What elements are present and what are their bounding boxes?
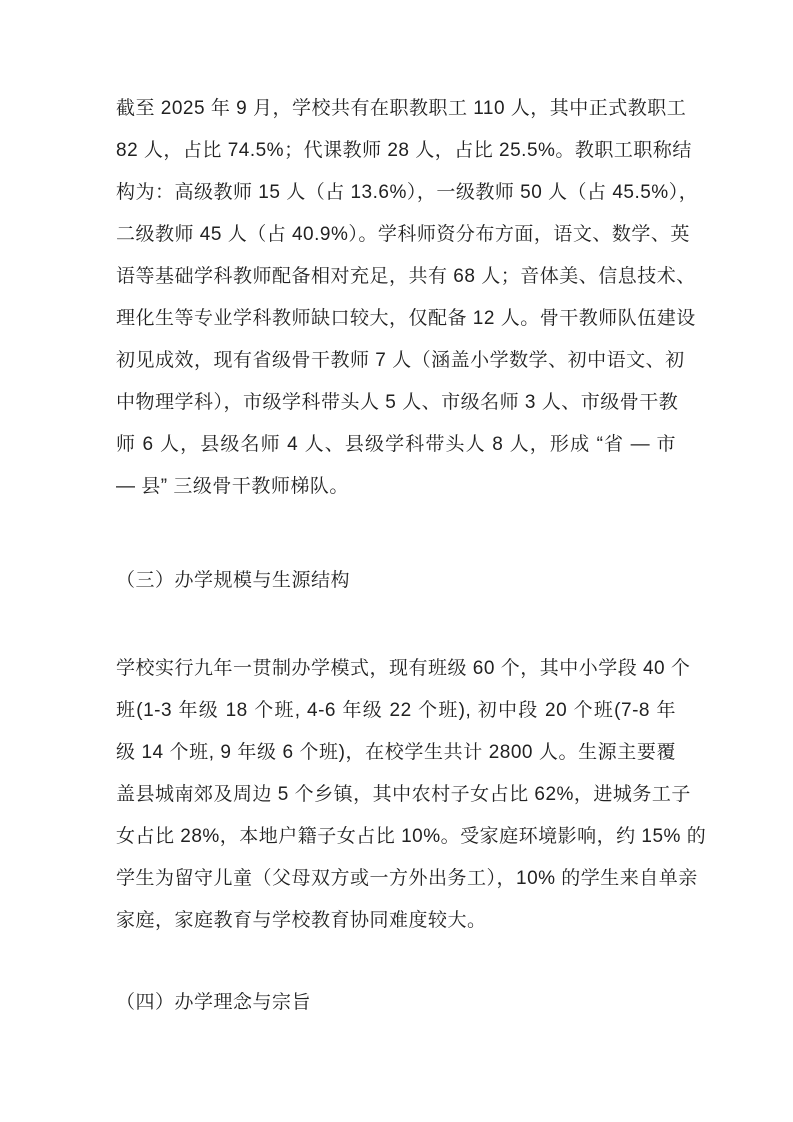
body-text-line: 二级教师 45 人（占 40.9%）。学科师资分布方面，语文、数学、英 (116, 214, 676, 256)
body-text-line: 语等基础学科教师配备相对充足，共有 68 人；音体美、信息技术、 (116, 256, 676, 298)
document-page: 截至 2025 年 9 月，学校共有在职教职工 110 人，其中正式教职工 82… (0, 0, 793, 1122)
body-text-line: 盖县城南郊及周边 5 个乡镇，其中农村子女占比 62%，进城务工子 (116, 774, 676, 816)
paragraph-staff-structure: 截至 2025 年 9 月，学校共有在职教职工 110 人，其中正式教职工 82… (116, 88, 676, 508)
body-text-line: 82 人，占比 74.5%；代课教师 28 人，占比 25.5%。教职工职称结 (116, 130, 676, 172)
section-heading-3: （三）办学规模与生源结构 (116, 560, 676, 602)
body-text-line: 学校实行九年一贯制办学模式，现有班级 60 个，其中小学段 40 个 (116, 648, 676, 690)
body-text-line: 理化生等专业学科教师缺口较大，仅配备 12 人。骨干教师队伍建设 (116, 298, 676, 340)
body-text-line: 班(1-3 年级 18 个班, 4-6 年级 22 个班), 初中段 20 个班… (116, 690, 676, 732)
body-text-line: 女占比 28%，本地户籍子女占比 10%。受家庭环境影响，约 15% 的 (116, 816, 676, 858)
body-text-line: 初见成效，现有省级骨干教师 7 人（涵盖小学数学、初中语文、初 (116, 340, 676, 382)
body-text-line: 师 6 人，县级名师 4 人、县级学科带头人 8 人，形成 “省 — 市 (116, 424, 676, 466)
body-text-line: 构为：高级教师 15 人（占 13.6%），一级教师 50 人（占 45.5%）… (116, 172, 676, 214)
paragraph-enrollment-structure: 学校实行九年一贯制办学模式，现有班级 60 个，其中小学段 40 个 班(1-3… (116, 648, 676, 942)
body-text-line: 中物理学科），市级学科带头人 5 人、市级名师 3 人、市级骨干教 (116, 382, 676, 424)
body-text-line: 学生为留守儿童（父母双方或一方外出务工），10% 的学生来自单亲 (116, 858, 676, 900)
body-text-line: — 县” 三级骨干教师梯队。 (116, 466, 676, 508)
body-text-line: 截至 2025 年 9 月，学校共有在职教职工 110 人，其中正式教职工 (116, 88, 676, 130)
body-text-line: 级 14 个班, 9 年级 6 个班)，在校学生共计 2800 人。生源主要覆 (116, 732, 676, 774)
section-heading-4: （四）办学理念与宗旨 (116, 982, 676, 1024)
body-text-line: 家庭，家庭教育与学校教育协同难度较大。 (116, 900, 676, 942)
